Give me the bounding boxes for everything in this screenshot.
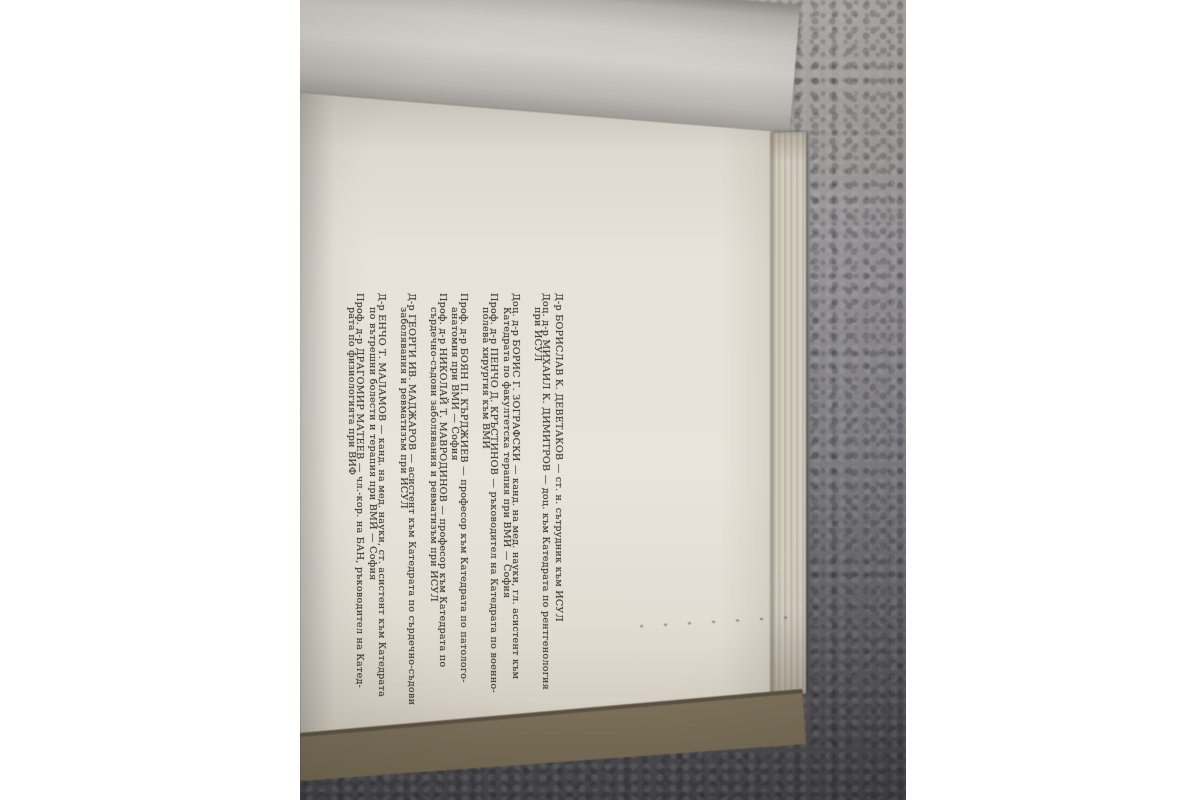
photo-canvas: { "book_page": { "description_label": "c… — [0, 0, 1200, 800]
book-photo: Д-р БОРИСЛАВ К. ДЕВЕТАКОВ — ст. н. сътру… — [300, 0, 906, 800]
photo-vignette — [300, 0, 906, 800]
